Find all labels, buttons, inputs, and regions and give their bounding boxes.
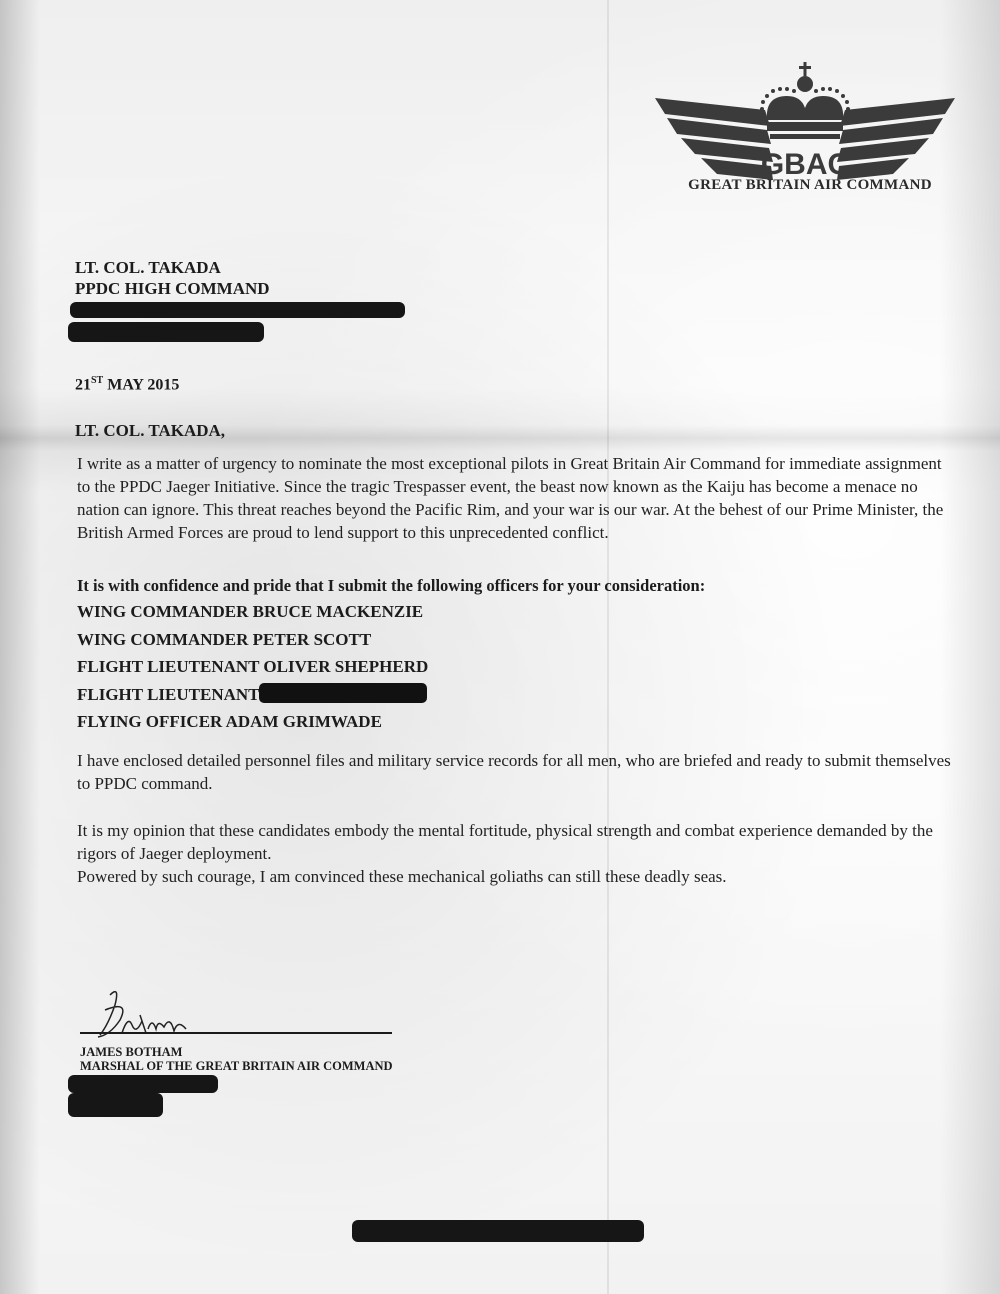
redaction-bar <box>70 302 405 318</box>
fold-crease <box>607 0 609 1294</box>
recipient-org: PPDC HIGH COMMAND <box>75 278 270 299</box>
officer-item: FLIGHT LIEUTENANT <box>77 681 428 709</box>
body-paragraph: I write as a matter of urgency to nomina… <box>77 452 957 544</box>
signer-name: JAMES BOTHAM <box>80 1045 393 1059</box>
officer-item: WING COMMANDER PETER SCOTT <box>77 626 428 654</box>
officers-intro: It is with confidence and pride that I s… <box>77 576 705 596</box>
gbac-crown-wings-logo: GBAC <box>655 58 955 188</box>
scan-shadow <box>0 0 40 1294</box>
officer-item: FLIGHT LIEUTENANT OLIVER SHEPHERD <box>77 653 428 681</box>
body-paragraph: I have enclosed detailed personnel files… <box>77 749 957 795</box>
salutation: LT. COL. TAKADA, <box>75 421 225 441</box>
handwritten-signature <box>90 985 210 1045</box>
redaction-bar <box>352 1220 644 1242</box>
officer-item: WING COMMANDER BRUCE MACKENZIE <box>77 598 428 626</box>
signature-line <box>80 1032 392 1034</box>
officer-list: WING COMMANDER BRUCE MACKENZIE WING COMM… <box>77 598 428 736</box>
letter-date: 21ST MAY 2015 <box>75 375 179 394</box>
redaction-bar <box>259 683 427 703</box>
scan-shadow <box>940 0 1000 1294</box>
signer-block: JAMES BOTHAM MARSHAL OF THE GREAT BRITAI… <box>80 1045 393 1073</box>
recipient-name: LT. COL. TAKADA <box>75 257 270 278</box>
organization-name: GREAT BRITAIN AIR COMMAND <box>640 177 980 194</box>
body-paragraph: It is my opinion that these candidates e… <box>77 819 957 888</box>
officer-item: FLYING OFFICER ADAM GRIMWADE <box>77 708 428 736</box>
redaction-bar <box>68 1075 218 1093</box>
redaction-bar <box>68 1093 163 1117</box>
signer-title: MARSHAL OF THE GREAT BRITAIN AIR COMMAND <box>80 1059 393 1073</box>
recipient-address: LT. COL. TAKADA PPDC HIGH COMMAND <box>75 257 270 299</box>
redaction-bar <box>68 322 264 342</box>
